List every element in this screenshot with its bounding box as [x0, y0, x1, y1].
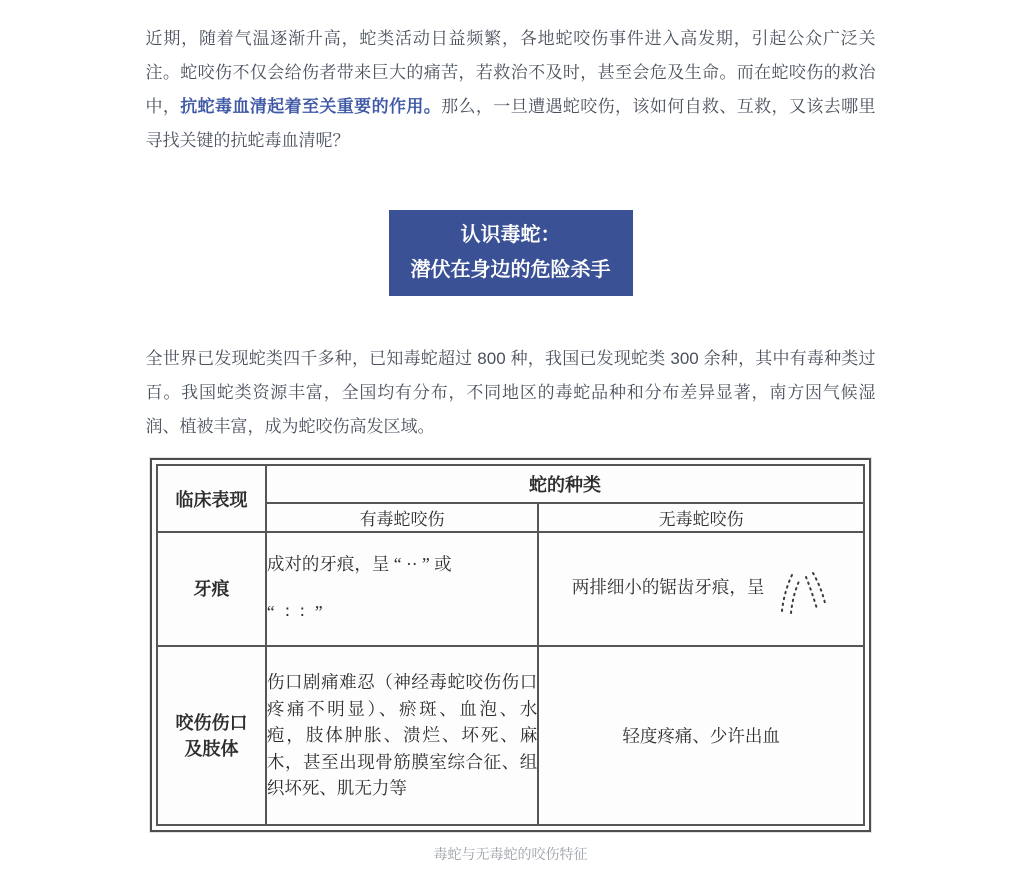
table-row-fang-marks: 牙痕 成对的牙痕，呈 “ ·· ” 或 “ ∶ ∶ ” 两排细小的锯齿牙痕，呈 [157, 532, 864, 646]
wound-row-label-line2: 及肢体 [158, 736, 265, 762]
table-row: 临床表现 蛇的种类 [157, 465, 864, 503]
venomous-column-header: 有毒蛇咬伤 [266, 503, 538, 532]
fang-marks-nonvenomous-cell: 两排细小的锯齿牙痕，呈 [538, 532, 864, 646]
fang-marks-nonvenomous-text: 两排细小的锯齿牙痕，呈 [572, 577, 765, 597]
group-header-cell: 蛇的种类 [266, 465, 864, 503]
fang-marks-row-label: 牙痕 [157, 532, 266, 646]
section-heading-line2: 潜伏在身边的危险杀手 [411, 253, 611, 288]
wound-venomous-cell: 伤口剧痛难忍（神经毒蛇咬伤伤口疼痛不明显）、瘀斑、血泡、水疱，肢体肿胀、溃烂、坏… [266, 646, 538, 825]
wound-row-label-line1: 咬伤伤口 [158, 710, 265, 736]
bite-features-table-frame: 临床表现 蛇的种类 有毒蛇咬伤 无毒蛇咬伤 牙痕 成对的牙痕，呈 “ ·· ” … [150, 458, 871, 832]
corner-header-cell: 临床表现 [157, 465, 266, 532]
table-caption: 毒蛇与无毒蛇的咬伤特征 [146, 844, 876, 864]
fang-marks-venomous-cell: 成对的牙痕，呈 “ ·· ” 或 “ ∶ ∶ ” [266, 532, 538, 646]
sawtooth-marks-illustration [772, 565, 830, 617]
article-page: 近期，随着气温逐渐升高，蛇类活动日益频繁，各地蛇咬伤事件进入高发期，引起公众广泛… [146, 0, 876, 864]
section-heading-box: 认识毒蛇： 潜伏在身边的危险杀手 [389, 210, 633, 296]
fang-marks-line2: “ ∶ ∶ ” [267, 602, 537, 623]
snake-species-paragraph: 全世界已发现蛇类四千多种，已知毒蛇超过 800 种，我国已发现蛇类 300 余种… [146, 342, 876, 444]
intro-text-highlight: 抗蛇毒血清起着至关重要的作用。 [180, 97, 441, 116]
bite-features-table: 临床表现 蛇的种类 有毒蛇咬伤 无毒蛇咬伤 牙痕 成对的牙痕，呈 “ ·· ” … [156, 464, 865, 826]
intro-paragraph: 近期，随着气温逐渐升高，蛇类活动日益频繁，各地蛇咬伤事件进入高发期，引起公众广泛… [146, 22, 876, 158]
fang-marks-line1: 成对的牙痕，呈 “ ·· ” 或 [267, 551, 537, 576]
wound-nonvenomous-cell: 轻度疼痛、少许出血 [538, 646, 864, 825]
section-heading-line1: 认识毒蛇： [411, 218, 611, 253]
nonvenomous-column-header: 无毒蛇咬伤 [538, 503, 864, 532]
wound-row-label: 咬伤伤口 及肢体 [157, 646, 266, 825]
table-row-wound: 咬伤伤口 及肢体 伤口剧痛难忍（神经毒蛇咬伤伤口疼痛不明显）、瘀斑、血泡、水疱，… [157, 646, 864, 825]
